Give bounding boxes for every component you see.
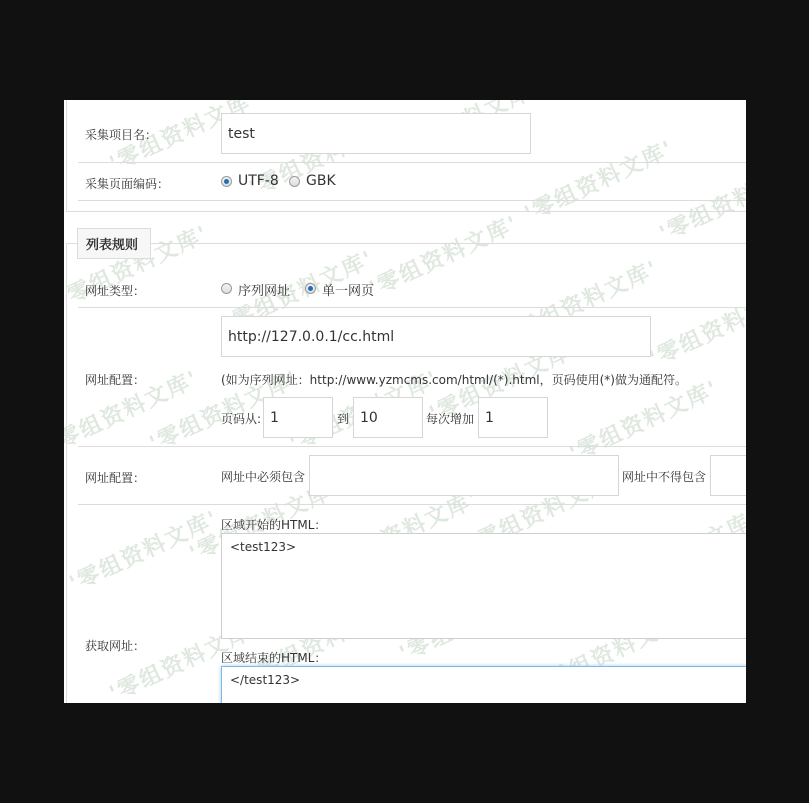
- get-url-label: 获取网址：: [85, 637, 145, 654]
- project-name-label: 采集项目名：: [85, 126, 157, 143]
- must-not-contain-label: 网址中不得包含: [622, 468, 706, 485]
- page-from-value: 1: [270, 410, 279, 426]
- encoding-utf8-label[interactable]: UTF-8: [238, 173, 279, 189]
- watermark-text: '零组资料文库': [519, 132, 678, 228]
- fieldset-border: [66, 211, 746, 212]
- encoding-gbk-label[interactable]: GBK: [306, 173, 336, 189]
- url-type-label: 网址类型：: [85, 282, 145, 299]
- collection-form-page: '零组资料文库''零组资料文库''零组资料文库''零组资料文库''零组资料文库'…: [64, 100, 746, 703]
- end-html-label: 区域结束的HTML：: [221, 649, 326, 666]
- step-label: 每次增加: [426, 410, 474, 427]
- url-type-single-radio[interactable]: [305, 283, 316, 294]
- start-html-textarea[interactable]: <test123>: [221, 533, 746, 639]
- url-type-single-label[interactable]: 单一网页: [322, 280, 374, 299]
- url-type-sequence-label[interactable]: 序列网址: [238, 280, 290, 299]
- encoding-gbk-radio[interactable]: [289, 176, 300, 187]
- row-divider: [78, 162, 746, 163]
- step-input[interactable]: 1: [478, 397, 548, 438]
- page-to-value: 10: [360, 410, 378, 426]
- fieldset-border: [66, 100, 67, 211]
- watermark-text: '零组资料文库': [364, 207, 523, 303]
- row-divider: [78, 200, 746, 201]
- row-divider: [78, 307, 746, 308]
- watermark-text: '零组资料文库': [64, 502, 223, 598]
- row-divider: [78, 504, 746, 505]
- encoding-label: 采集页面编码：: [85, 175, 169, 192]
- url-config-label: 网址配置：: [85, 371, 145, 388]
- encoding-utf8-radio[interactable]: [221, 176, 232, 187]
- must-contain-input[interactable]: [309, 455, 619, 496]
- page-to-label: 到: [337, 410, 349, 427]
- project-name-value: test: [228, 126, 255, 142]
- list-rules-legend: 列表规则: [77, 228, 151, 259]
- start-html-value: <test123>: [230, 540, 296, 554]
- fieldset-border: [66, 243, 746, 244]
- page-from-label: 页码从:: [221, 410, 261, 427]
- page-from-input[interactable]: 1: [263, 397, 333, 438]
- fieldset-border: [66, 243, 67, 703]
- watermark-text: '零组资料文库': [644, 277, 746, 373]
- end-html-value: </test123>: [230, 673, 300, 687]
- project-name-input[interactable]: test: [221, 113, 531, 154]
- start-html-label: 区域开始的HTML：: [221, 516, 326, 533]
- url-value: http://127.0.0.1/cc.html: [228, 329, 394, 345]
- step-value: 1: [485, 410, 494, 426]
- url-input[interactable]: http://127.0.0.1/cc.html: [221, 316, 651, 357]
- url-pattern-hint: (如为序列网址：http://www.yzmcms.com/html/(*).h…: [221, 371, 687, 388]
- url-type-sequence-radio[interactable]: [221, 283, 232, 294]
- row-divider: [78, 446, 746, 447]
- must-contain-label: 网址中必须包含: [221, 468, 305, 485]
- must-not-contain-input[interactable]: [710, 455, 746, 496]
- url-filter-label: 网址配置：: [85, 469, 145, 486]
- page-to-input[interactable]: 10: [353, 397, 423, 438]
- end-html-textarea[interactable]: </test123>: [221, 666, 746, 703]
